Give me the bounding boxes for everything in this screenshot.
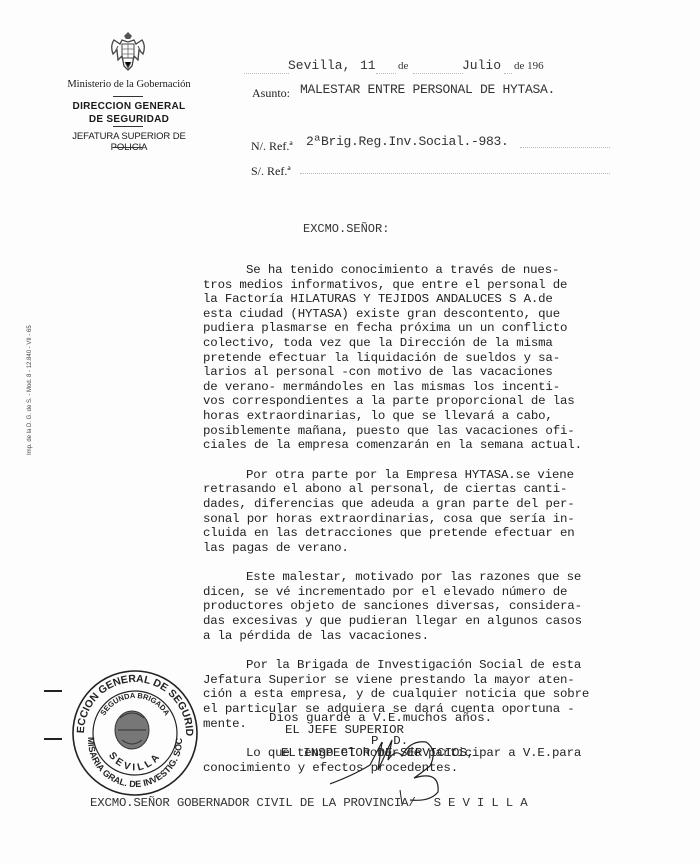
ministry-name: Ministerio de la Gobernación: [62, 79, 196, 90]
paragraph-text: Por otra parte por la Empresa HYTASA.se …: [203, 468, 575, 555]
date-day: 11: [360, 58, 376, 73]
margin-print-note: Imp. de la D. G. de S. - Mod. 8 - 12.840…: [27, 325, 33, 455]
date-year: de 196: [514, 60, 544, 72]
our-ref-label: N/. Ref.ª: [251, 139, 293, 154]
date-city: Sevilla,: [288, 58, 350, 73]
addressee: EXCMO.SEÑOR GOBERNADOR CIVIL DE LA PROVI…: [90, 796, 535, 810]
addressee-city: SEVILLA: [434, 796, 535, 810]
dotted-line: [300, 172, 610, 174]
your-ref-label: S/. Ref.ª: [251, 164, 291, 179]
document-page: Ministerio de la Gobernación DIRECCION G…: [0, 0, 700, 865]
margin-tick: [44, 738, 62, 740]
direction-line-2: DE SEGURIDAD: [62, 113, 196, 126]
paragraph-3: Este malestar, motivado por las razones …: [203, 570, 623, 643]
direction-line-1: DIRECCION GENERAL: [62, 100, 196, 113]
official-seal-icon: DIRECCION GENERAL DE SEGURIDAD COMISARIA…: [70, 668, 200, 798]
paragraph-text: Este malestar, motivado por las razones …: [203, 570, 582, 642]
dotted-line: [413, 72, 463, 74]
dotted-line: [520, 146, 610, 148]
paragraph-2: Por otra parte por la Empresa HYTASA.se …: [203, 468, 623, 556]
our-ref-value: 2ªBrig.Reg.Inv.Social.-983.: [306, 134, 509, 149]
salutation: EXCMO.SEÑOR:: [303, 222, 389, 236]
divider: [113, 96, 143, 97]
dotted-line: [244, 72, 289, 74]
paragraph-text: Se ha tenido conocimiento a través de nu…: [203, 263, 582, 452]
date-de: de: [398, 60, 408, 72]
paragraph-1: Se ha tenido conocimiento a través de nu…: [203, 263, 623, 453]
dotted-line: [504, 72, 512, 74]
office-name: JEFATURA SUPERIOR DE POLICIA: [56, 131, 202, 153]
margin-tick: [44, 690, 62, 692]
divider: [113, 147, 143, 148]
dotted-line: [376, 72, 396, 74]
addressee-title: EXCMO.SEÑOR GOBERNADOR CIVIL DE LA PROVI…: [90, 796, 416, 810]
coat-of-arms-icon: [108, 30, 148, 74]
date-month: Julio: [462, 58, 501, 73]
subject-label: Asunto:: [252, 86, 290, 101]
direction-name: DIRECCION GENERAL DE SEGURIDAD: [62, 100, 196, 126]
divider: [113, 126, 143, 127]
subject-text: MALESTAR ENTRE PERSONAL DE HYTASA.: [300, 82, 555, 97]
